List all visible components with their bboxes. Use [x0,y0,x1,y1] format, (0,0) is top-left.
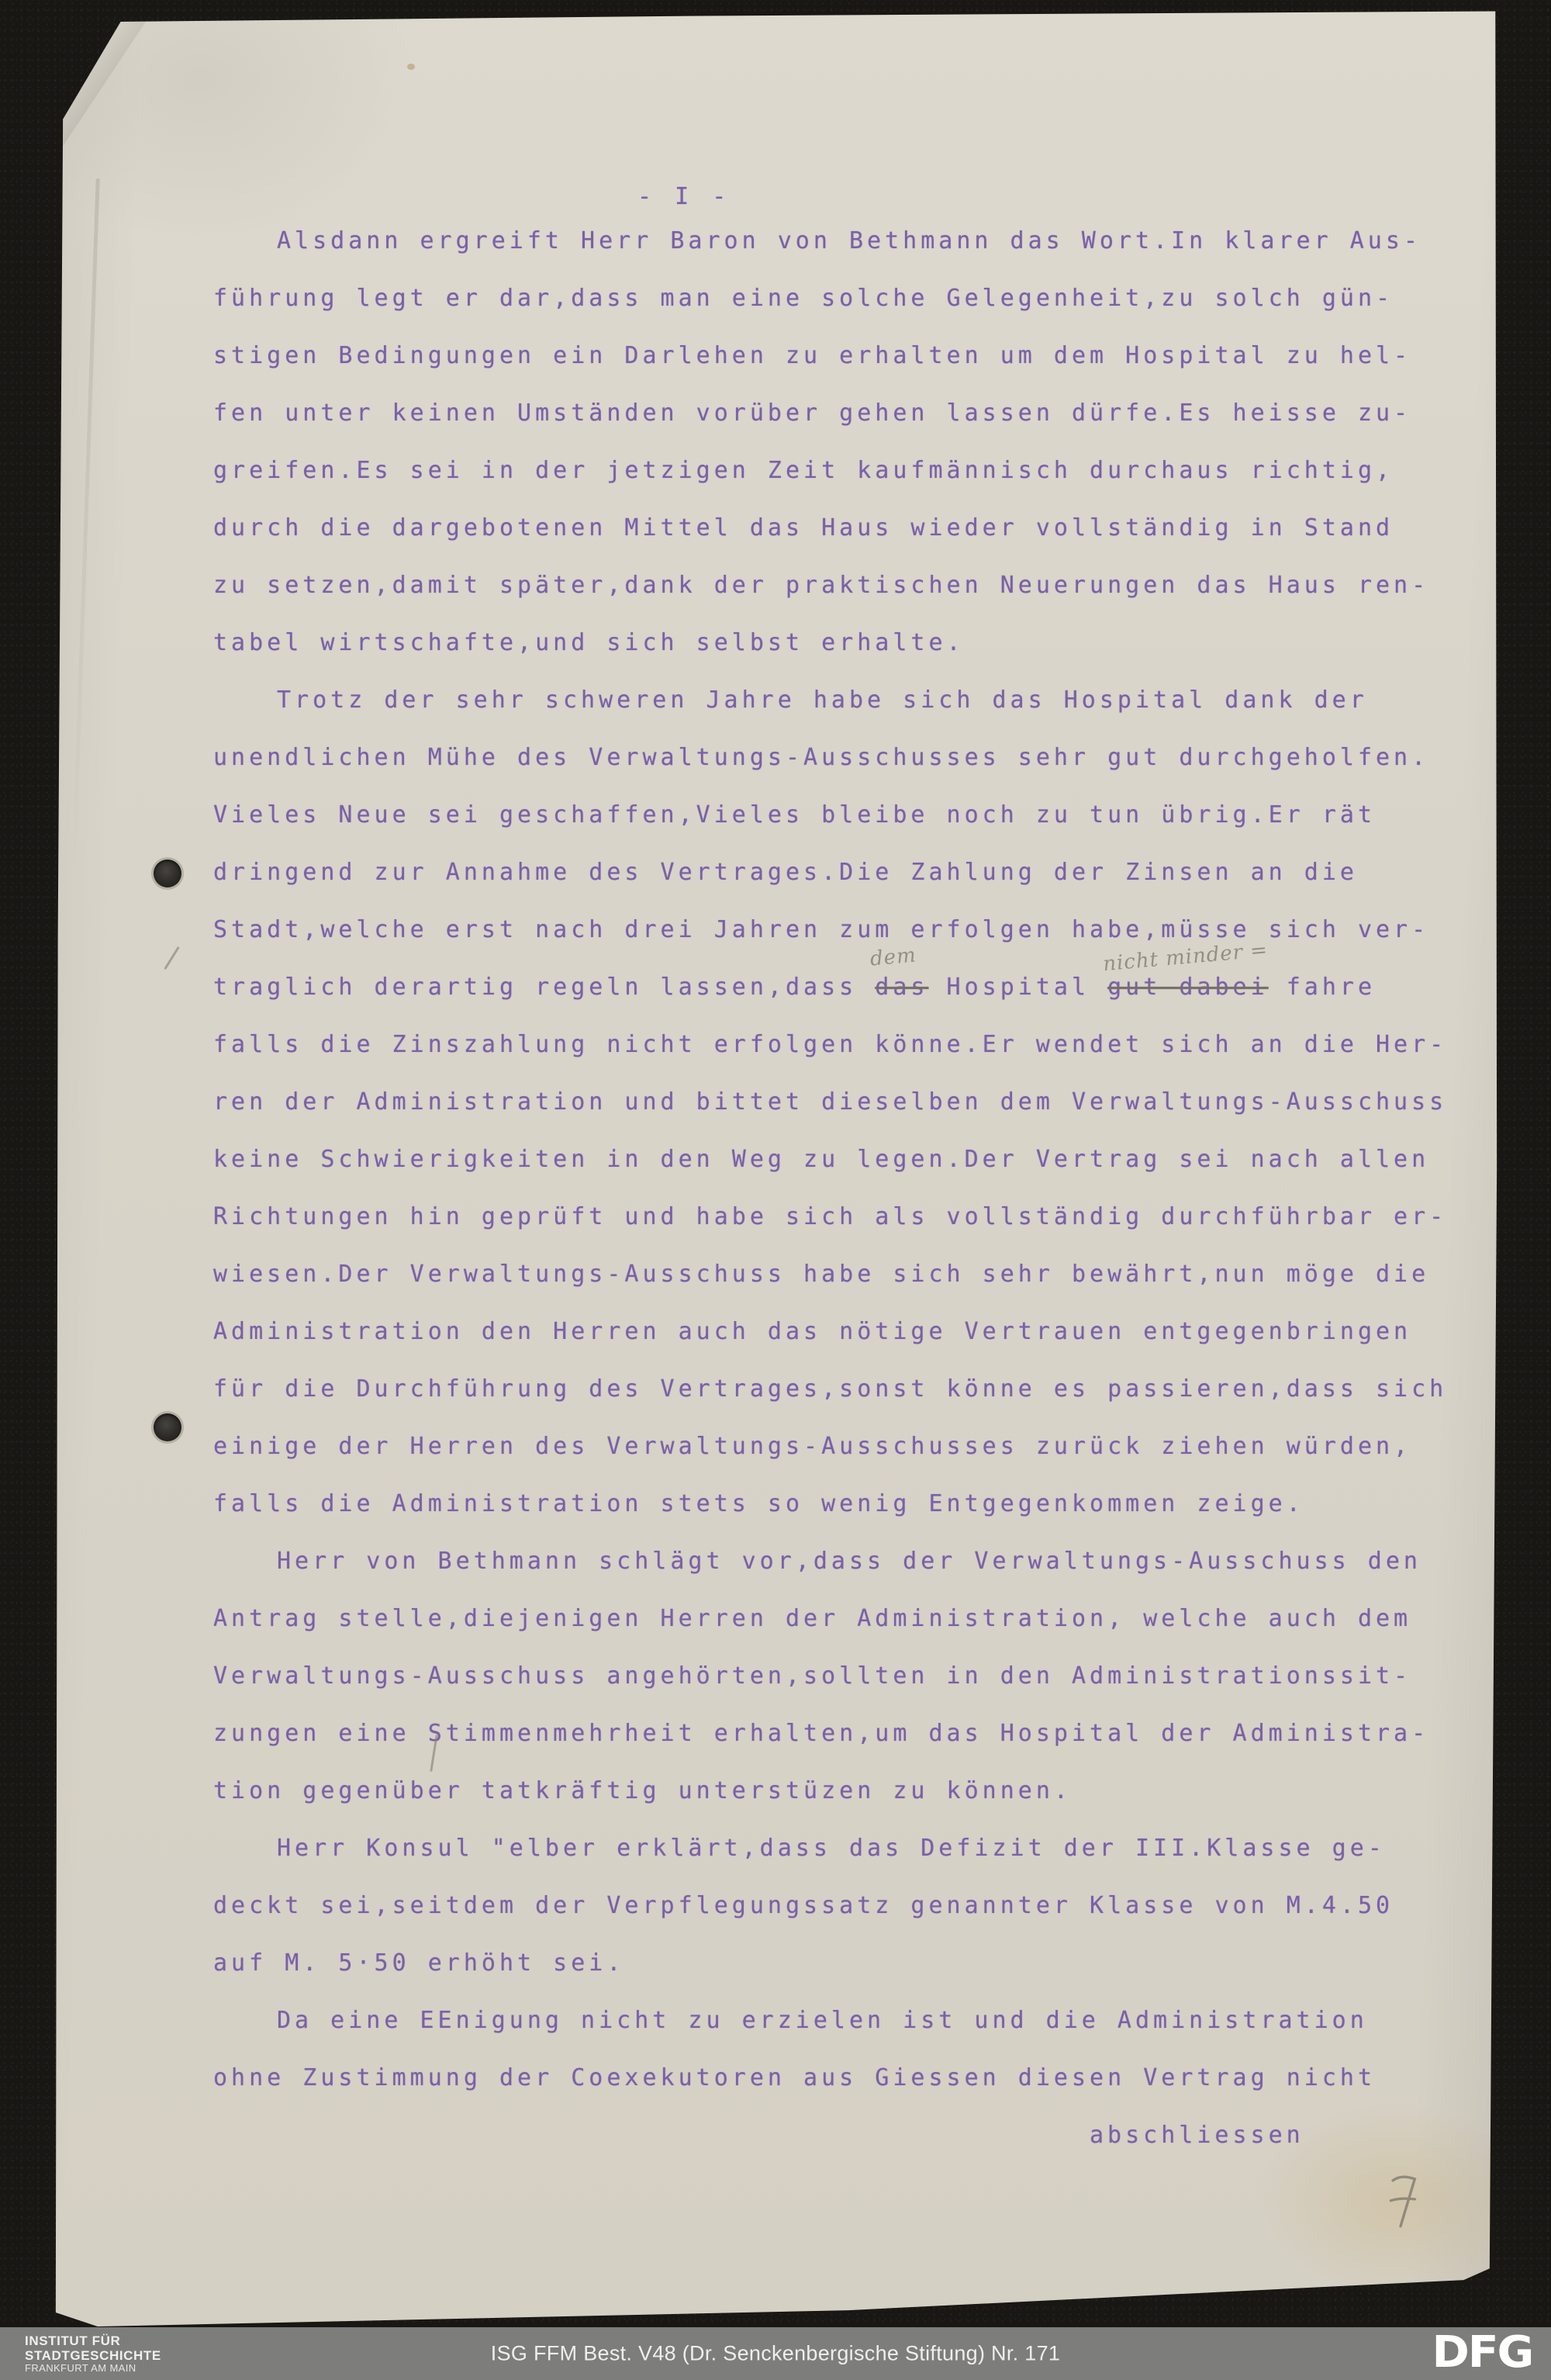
folded-corner [54,8,155,159]
corrected-passage: gut dabeinicht minder = [1107,974,1269,1001]
typewritten-line: fen unter keinen Umständen vorüber gehen… [213,400,1493,457]
typewritten-line: Richtungen hin geprüft und habe sich als… [213,1203,1493,1261]
punch-hole-top [154,860,181,887]
archive-footer-bar: INSTITUT FÜR STADTGESCHICHTE FRANKFURT A… [0,2327,1551,2380]
typewritten-line: abschliessen [213,2122,1493,2179]
paper-stain [407,64,415,70]
handwritten-correction: dem [869,943,917,970]
typewritten-line: ohne Zustimmung der Coexekutoren aus Gie… [213,2064,1493,2122]
typed-text: Hospital [928,974,1107,1001]
typewritten-line: Alsdann ergreift Herr Baron von Bethmann… [213,227,1493,285]
typewritten-line: stigen Bedingungen ein Darlehen zu erhal… [213,342,1493,400]
typewritten-line: auf M. 5·50 erhöht sei. [213,1949,1493,2007]
struck-text: gut dabei [1107,974,1269,1001]
typewritten-line: Trotz der sehr schweren Jahre habe sich … [213,687,1493,744]
scan-background: { "colors":{"ink":"#7a60a8","paper":"#d8… [0,0,1551,2380]
typewritten-line: führung legt er dar,dass man eine solche… [213,285,1493,342]
typewritten-line: Da eine EEnigung nicht zu erzielen ist u… [213,2007,1493,2064]
document-page: - I - Alsdann ergreift Herr Baron von Be… [54,8,1498,2329]
archive-reference: ISG FFM Best. V48 (Dr. Senckenbergische … [491,2342,1060,2366]
pencil-mark-margin [164,946,180,970]
typewritten-line: Herr Konsul "elber erklärt,dass das Defi… [213,1835,1493,1892]
struck-text: das [875,974,928,1001]
institute-name-line1: INSTITUT FÜR [25,2333,161,2348]
typewritten-line: traglich derartig regeln lassen,dass das… [213,974,1493,1031]
typewritten-line: greifen.Es sei in der jetzigen Zeit kauf… [213,457,1493,514]
typewritten-line: tabel wirtschafte,und sich selbst erhalt… [213,629,1493,687]
typewritten-line: Antrag stelle,diejenigen Herren der Admi… [213,1605,1493,1662]
typewritten-line: Administration den Herren auch das nötig… [213,1318,1493,1375]
typewritten-line: Vieles Neue sei geschaffen,Vieles bleibe… [213,801,1493,859]
typewritten-line: Verwaltungs-Ausschuss angehörten,sollten… [213,1662,1493,1720]
typewritten-line: unendlichen Mühe des Verwaltungs-Ausschu… [213,744,1493,801]
dfg-logo: DFG [1432,2327,1533,2378]
typewritten-line: zungen eine Stimmenmehrheit erhalten,um … [213,1720,1493,1777]
typewritten-line: falls die Administration stets so wenig … [213,1490,1493,1548]
typewritten-line: durch die dargebotenen Mittel das Haus w… [213,514,1493,572]
typewritten-line: Stadt,welche erst nach drei Jahren zum e… [213,916,1493,974]
typewritten-line: für die Durchführung des Vertrages,sonst… [213,1375,1493,1433]
typewritten-lines: Alsdann ergreift Herr Baron von Bethmann… [213,227,1493,2179]
typewritten-line: dringend zur Annahme des Vertrages.Die Z… [213,859,1493,916]
typewritten-line: ren der Administration und bittet diesel… [213,1088,1493,1146]
typewritten-line: tion gegenüber tatkräftig unterstüzen zu… [213,1777,1493,1835]
typewritten-line: falls die Zinszahlung nicht erfolgen kön… [213,1031,1493,1088]
typewritten-line: einige der Herren des Verwaltungs-Aussch… [213,1433,1493,1490]
typewritten-line: deckt sei,seitdem der Verpflegungssatz g… [213,1892,1493,1949]
typewritten-line: zu setzen,damit später,dank der praktisc… [213,572,1493,629]
page-number: - I - [637,183,731,210]
institute-logo-block: INSTITUT FÜR STADTGESCHICHTE FRANKFURT A… [25,2333,161,2375]
corrected-passage: dasdem [875,974,928,1001]
typewritten-line: keine Schwierigkeiten in den Weg zu lege… [213,1146,1493,1203]
institute-name-line2: STADTGESCHICHTE [25,2348,161,2363]
handwritten-seven-glyph [1385,2171,1425,2233]
typewritten-line: wiesen.Der Verwaltungs-Ausschuss habe si… [213,1261,1493,1318]
typed-text: fahre [1269,974,1376,1001]
punch-hole-bottom [154,1413,181,1441]
typewritten-line: Herr von Bethmann schlägt vor,dass der V… [213,1548,1493,1605]
handwritten-page-number [1384,2171,1425,2237]
paper-crease [71,178,99,877]
typed-text: traglich derartig regeln lassen,dass [213,974,875,1001]
institute-name-line3: FRANKFURT AM MAIN [25,2363,161,2375]
